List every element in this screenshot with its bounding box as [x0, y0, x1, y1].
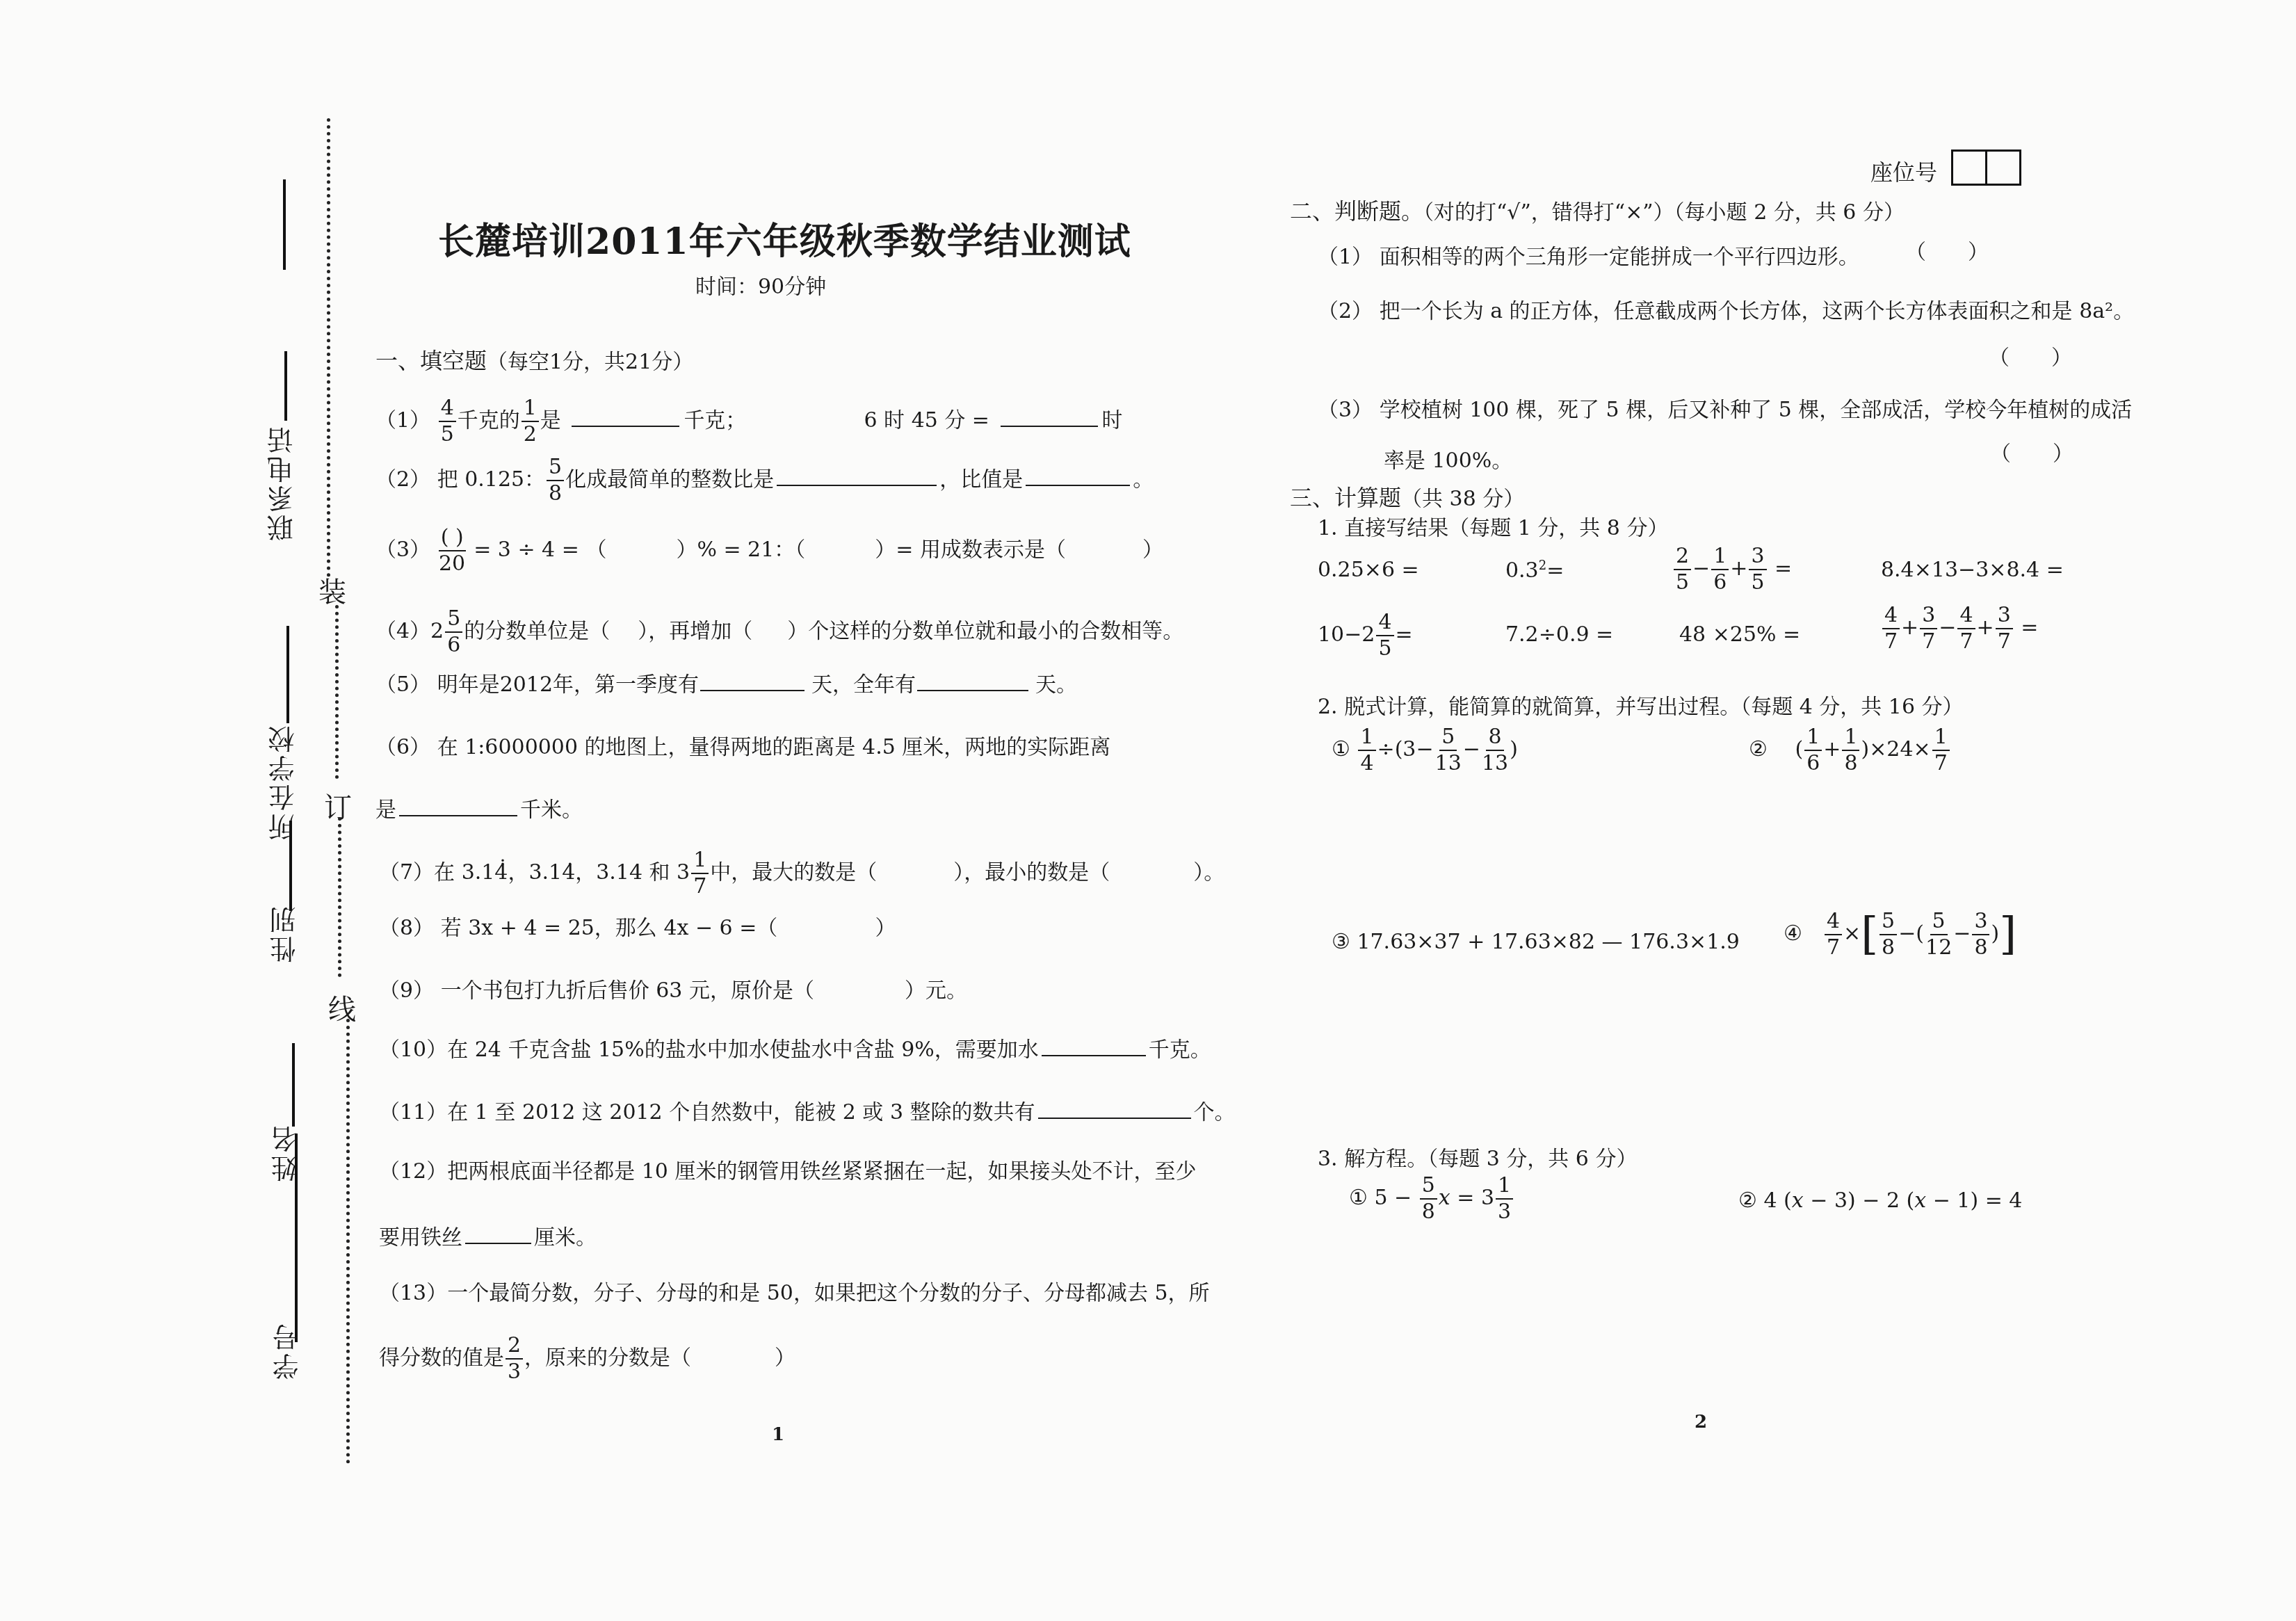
question-number: （11） [379, 1100, 447, 1124]
answer-blank[interactable] [399, 800, 517, 816]
exam-time: 时间：90分钟 [695, 269, 826, 300]
question-12-cont: 要用铁丝厘米。 [379, 1227, 597, 1248]
question-3: （3） ( )20 = 3 ÷ 4 = （）% = 21：（）= 用成数表示是（… [375, 527, 1163, 574]
question-11: （11）在 1 至 2012 这 2012 个自然数中，能被 2 或 3 整除的… [379, 1102, 1236, 1123]
section-1-header: 一、填空题（每空1分，共21分） [375, 350, 693, 373]
fraction: 45 [439, 398, 456, 445]
question-8: （8） 若 3x + 4 = 25，那么 4x − 6 =（） [379, 918, 896, 939]
bind-char-zhuang: 装 [318, 570, 346, 610]
question-1: （1） 45千克的12是 千克； 6 时 45 分 = 时 [375, 398, 1123, 445]
answer-blank[interactable] [1001, 410, 1098, 427]
gender-label: 性别 [266, 904, 304, 962]
section-1-heading: 一、填空题 [375, 348, 487, 374]
judge-answer-3[interactable]: （ ） [1990, 444, 2073, 465]
answer-blank[interactable] [700, 675, 805, 691]
question-4: （4）256的分数单位是（），再增加（）个这样的分数单位就和最小的合数相等。 [375, 608, 1183, 656]
equation-2: ② 4 (x − 3) − 2 (x − 1) = 4 [1738, 1191, 2022, 1211]
judge-answer-1[interactable]: （ ） [1905, 242, 1989, 263]
question-13-cont: 得分数的值是23，原来的分数是（） [379, 1335, 795, 1382]
stepcalc-4: ④ 47×[58−(512−38)] [1784, 911, 2016, 958]
section-1-note: （每空1分，共21分） [487, 350, 693, 374]
seat-number-label: 座位号 [1870, 161, 1937, 184]
question-number: （3） [375, 538, 430, 562]
fraction: 56 [445, 608, 462, 656]
binding-dotted-line [338, 817, 341, 977]
judge-item-2: （2） 把一个长为 a 的正方体，任意截成两个长方体，这两个长方体表面积之和是 … [1318, 301, 2134, 322]
bind-char-xian: 线 [328, 987, 356, 1027]
question-7: （7）在 3.14̇̇，3.14̇，3.14 和 317中，最大的数是（），最小… [379, 850, 1224, 897]
judge-item-3: （3） 学校植树 100 棵，死了 5 棵，后又补种了 5 棵，全部成活，学校今… [1318, 400, 2132, 421]
section-2-header: 二、判断题。（对的打“√”，错得打“×”）（每小题 2 分，共 6 分） [1290, 200, 1905, 223]
answer-blank[interactable] [1042, 1040, 1146, 1056]
binding-dotted-line [327, 118, 330, 577]
question-number: （8） [379, 916, 434, 940]
question-number: （7） [379, 860, 434, 885]
question-number: （9） [379, 978, 434, 1003]
phone-line[interactable] [283, 179, 286, 270]
answer-blank[interactable] [572, 410, 679, 427]
seat-number-boxes [1951, 150, 2021, 186]
question-number: （10） [379, 1038, 447, 1062]
answer-blank[interactable] [917, 675, 1028, 691]
exam-title: 长麓培训2011年六年级秋季数学结业测试 [438, 212, 1131, 264]
judge-item-3-cont: 率是 100%。 [1384, 451, 1512, 471]
question-number: （12） [379, 1159, 447, 1184]
question-number: （6） [375, 735, 430, 759]
page-number: 1 [772, 1424, 784, 1445]
name-label: 姓名 [267, 1123, 305, 1182]
answer-blank[interactable] [1026, 469, 1130, 486]
judge-answer-2[interactable]: （ ） [1989, 348, 2072, 369]
seat-box-2[interactable] [1985, 150, 2021, 186]
calc-item-8: 47+37−47+37 = [1881, 605, 2038, 652]
page-number: 2 [1695, 1412, 1707, 1433]
answer-blank[interactable] [1038, 1102, 1191, 1119]
judge-item-1: （1） 面积相等的两个三角形一定能拼成一个平行四边形。 [1318, 247, 1859, 268]
question-12: （12）把两根底面半径都是 10 厘米的钢管用铁丝紧紧捆在一起，如果接头处不计，… [379, 1161, 1196, 1182]
school-label: 所在学校 [264, 723, 302, 840]
part-2-heading: 2. 脱式计算，能简算的就简算，并写出过程。（每题 4 分，共 16 分） [1318, 697, 1964, 718]
fraction: 12 [522, 398, 539, 445]
question-6: （6） 在 1:6000000 的地图上，量得两地的距离是 4.5 厘米，两地的… [375, 737, 1110, 758]
phone-line-lower[interactable] [284, 351, 287, 421]
section-3-heading: 三、计算题 [1290, 485, 1401, 511]
section-2-heading: 二、判断题。 [1290, 198, 1423, 225]
fraction: 23 [506, 1335, 523, 1382]
binding-dotted-line [335, 605, 339, 779]
answer-blank[interactable] [777, 469, 937, 486]
calc-item-3: 25−16+35 = [1672, 546, 1792, 593]
question-number: （5） [375, 672, 430, 697]
section-3-note: （共 38 分） [1401, 487, 1524, 511]
question-number: （13） [379, 1281, 447, 1305]
stepcalc-1: ① 14÷(3−513−813) [1332, 727, 1518, 774]
question-number: （1） [375, 408, 430, 433]
stepcalc-2: ② (16+18)×24×17 [1749, 727, 1951, 774]
school-line[interactable] [286, 626, 289, 723]
question-6-cont: 是千米。 [375, 800, 583, 821]
question-number: （4） [375, 619, 430, 643]
section-3-header: 三、计算题（共 38 分） [1290, 487, 1524, 510]
fraction: 17 [691, 850, 709, 897]
school-line-lower[interactable] [289, 821, 292, 911]
seat-box-1[interactable] [1951, 150, 1987, 186]
question-13: （13）一个最简分数，分子、分母的和是 50，如果把这个分数的分子、分母都减去 … [379, 1283, 1210, 1304]
part-1-heading: 1. 直接写结果（每题 1 分，共 8 分） [1318, 518, 1668, 539]
question-9: （9） 一个书包打九折后售价 63 元，原价是（）元。 [379, 981, 967, 1001]
part-3-heading: 3. 解方程。（每题 3 分，共 6 分） [1318, 1149, 1637, 1170]
name-line[interactable] [295, 1134, 298, 1342]
calc-item-4: 8.4×13−3×8.4 = [1881, 560, 2064, 581]
gender-line[interactable] [292, 1043, 295, 1127]
binding-dotted-line [346, 1019, 350, 1464]
question-5: （5） 明年是2012年，第一季度有天，全年有天。 [375, 675, 1077, 695]
calc-item-7: 48 ×25% = [1679, 624, 1800, 645]
question-number: （2） [375, 467, 430, 492]
calc-item-5: 10−245= [1318, 612, 1413, 659]
question-2: （2） 把 0.125：58化成最简单的整数比是，比值是。 [375, 457, 1154, 504]
calc-item-2: 0.32= [1505, 560, 1564, 581]
fraction: ( )20 [439, 527, 466, 574]
equation-1: ① 5 − 58x = 313 [1349, 1175, 1514, 1223]
fraction: 58 [547, 457, 564, 504]
calc-item-1: 0.25×6 = [1318, 560, 1419, 581]
section-2-note: （对的打“√”，错得打“×”）（每小题 2 分，共 6 分） [1423, 200, 1905, 225]
student-id-label: 学号 [268, 1321, 307, 1380]
calc-item-6: 7.2÷0.9 = [1505, 624, 1613, 645]
phone-label: 联系电话 [263, 424, 301, 541]
answer-blank[interactable] [465, 1227, 531, 1244]
stepcalc-3: ③ 17.63×37 + 17.63×82 — 176.3×1.9 [1332, 932, 1740, 953]
question-10: （10）在 24 千克含盐 15%的盐水中加水使盐水中含盐 9%，需要加水千克。 [379, 1040, 1211, 1060]
